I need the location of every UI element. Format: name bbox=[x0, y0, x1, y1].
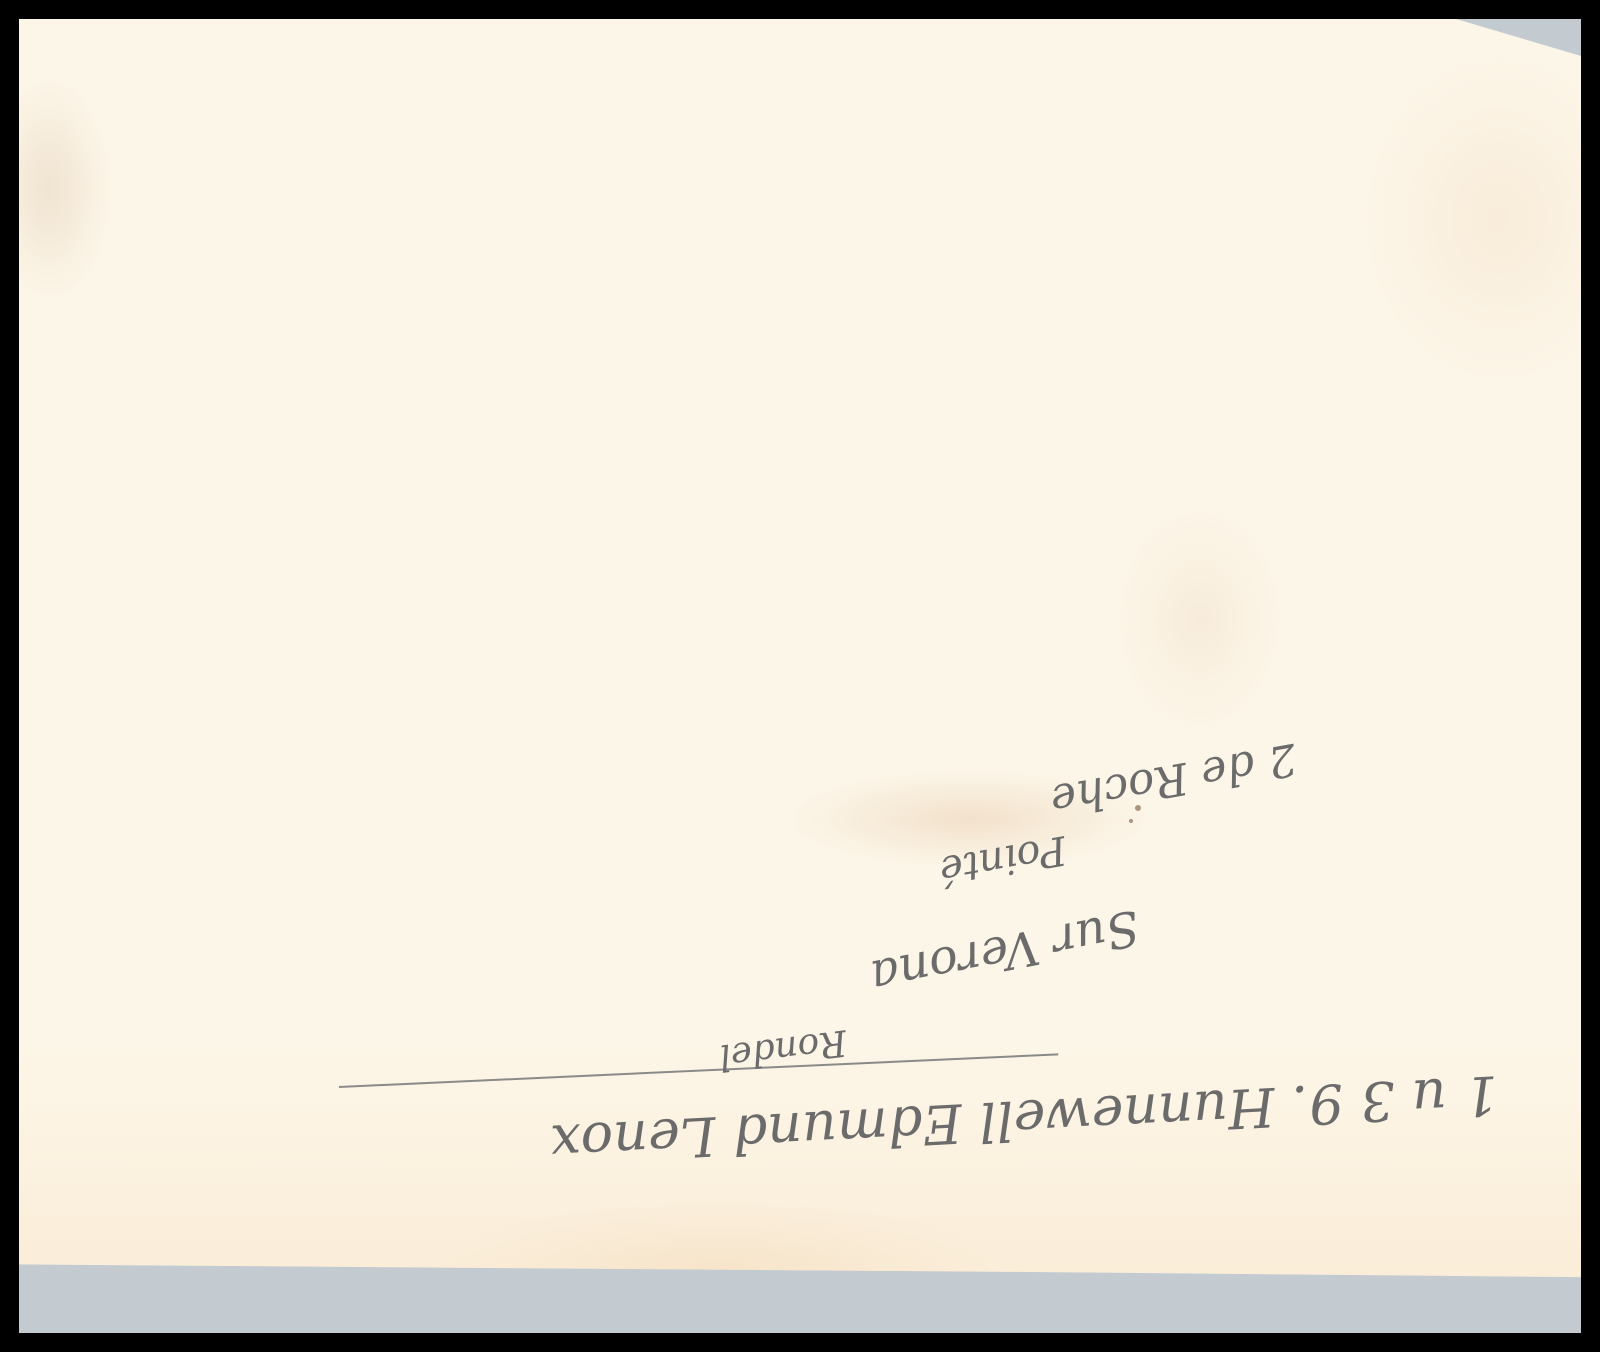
inscription-line-1-sub: Rondel bbox=[717, 1021, 849, 1077]
inscription-line-1: 1 u 3 9. Hunnewell Edmund Lenox bbox=[318, 1063, 1500, 1188]
inscription-line-4: 2 de Roche bbox=[1046, 733, 1300, 826]
photo-card-back: 1 u 3 9. Hunnewell Edmund Lenox Rondel S… bbox=[19, 19, 1581, 1295]
stain-mark bbox=[1129, 819, 1133, 823]
inscription-line-3: Pointé bbox=[936, 826, 1070, 893]
inscription-underline bbox=[339, 1053, 1058, 1088]
inscription-line-2: Sur Verona bbox=[866, 899, 1144, 1006]
